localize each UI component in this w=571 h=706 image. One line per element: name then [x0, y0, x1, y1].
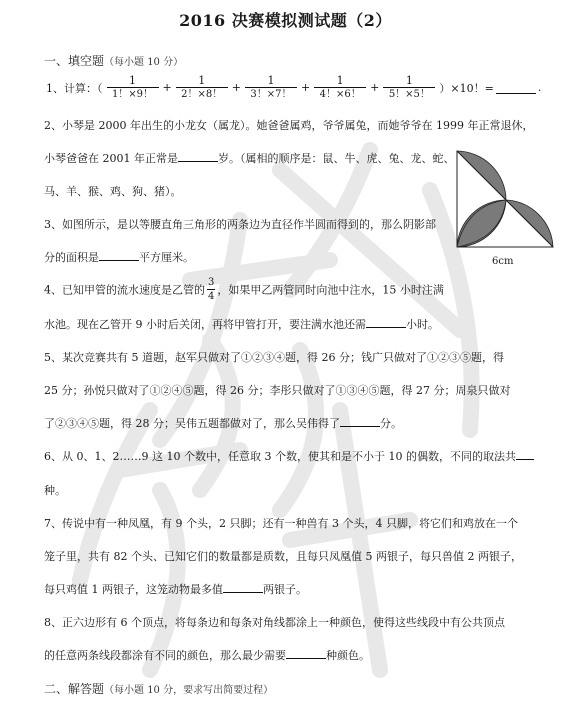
question-6-line-1: 6、从 0、1、2……9 这 10 个数中，任意取 3 个数，使其和是不小于 1… — [44, 448, 534, 464]
fraction-2: 12！×8！ — [176, 74, 228, 101]
answer-blank — [99, 249, 139, 261]
plus-sign: + — [301, 81, 310, 94]
text: 的任意两条线段都涂有不同的颜色，那么最少需要 — [44, 649, 286, 662]
section-title: 二、解答题 — [44, 682, 104, 696]
text: 两银子。 — [263, 583, 307, 596]
text: 水池。现在乙管开 9 小时后关闭，再将甲管打开，要注满水池还需 — [44, 318, 366, 331]
geometry-figure — [455, 149, 555, 249]
answer-blank — [223, 581, 263, 593]
plus-sign: + — [163, 81, 172, 94]
question-2-line-3: 马、羊、猴、鸡、狗、猪）。 — [44, 183, 182, 199]
fraction-1: 11！×9！ — [107, 74, 159, 101]
question-4-line-1: 4、已知甲管的流水速度是乙管的34，如果甲乙两管同时向池中注水，15 小时注满 — [44, 276, 444, 303]
text: 小琴爸爸在 2001 年正常是 — [44, 152, 178, 165]
question-3-line-2: 分的面积是平方厘米。 — [44, 249, 194, 265]
question-6-line-2: 种。 — [44, 482, 66, 498]
text: 分的面积是 — [44, 251, 99, 264]
question-4-line-2: 水池。现在乙管开 9 小时后关闭，再将甲管打开，要注满水池还需小时。 — [44, 316, 439, 332]
question-1: 1、计算：（11！×9！+12！×8！+13！×7！+14！×6！+15！×5！… — [44, 74, 543, 101]
answer-blank — [516, 448, 534, 460]
question-2-line-2: 小琴爸爸在 2001 年正常是岁。（属相的顺序是：鼠、牛、虎、兔、龙、蛇、 — [44, 150, 455, 166]
section-heading-fill-in: 一、填空题（每小题 10 分） — [44, 52, 183, 69]
question-8-line-1: 8、正六边形有 6 个顶点，将每条边和每条对角线都涂上一种颜色，使得这些线段中有… — [44, 614, 505, 630]
text: ，如果甲乙两管同时向池中注水，15 小时注满 — [217, 284, 444, 297]
text: 4、已知甲管的流水速度是乙管的 — [44, 284, 205, 297]
question-5-line-1: 5、某次竞赛共有 5 道题，赵军只做对了①②③④题，得 26 分；钱广只做对了①… — [44, 349, 504, 365]
question-7-line-2: 笼子里，共有 82 个头、已知它们的数量都是质数，且每只凤凰值 5 两银子，每只… — [44, 548, 522, 564]
text: 了②③④⑤题，得 28 分；吴伟五题都做对了，那么吴伟得了 — [44, 417, 340, 430]
question-3-line-1: 3、如图所示，是以等腰直角三角形的两条边为直径作半圆而得到的，那么阴影部 — [44, 216, 436, 232]
question-5-line-3: 了②③④⑤题，得 28 分；吴伟五题都做对了，那么吴伟得了分。 — [44, 415, 402, 431]
figure-label: 6cm — [492, 256, 513, 267]
answer-blank — [340, 415, 380, 427]
text: 6、从 0、1、2……9 这 10 个数中，任意取 3 个数，使其和是不小于 1… — [44, 450, 516, 463]
fraction-three-quarters: 34 — [207, 276, 215, 303]
page-title: 2016 决赛模拟测试题（2） — [0, 8, 571, 31]
text: 平方厘米。 — [139, 251, 194, 264]
question-7-line-3: 每只鸡值 1 两银子，这笼动物最多值两银子。 — [44, 581, 307, 597]
question-1-prefix: 1、计算：（ — [46, 80, 103, 96]
plus-sign: + — [370, 81, 379, 94]
text: 分。 — [380, 417, 402, 430]
section-note: （每小题 10 分，要求写出简要过程） — [104, 685, 273, 696]
fraction-4: 14！×6！ — [314, 74, 366, 101]
text: 岁。（属相的顺序是：鼠、牛、虎、兔、龙、蛇、 — [218, 152, 455, 165]
text: 每只鸡值 1 两银子，这笼动物最多值 — [44, 583, 223, 596]
question-7-line-1: 7、传说中有一种凤凰，有 9 个头，2 只脚；还有一种兽有 3 个头，4 只脚，… — [44, 515, 518, 531]
answer-blank — [496, 82, 536, 94]
answer-blank — [366, 316, 406, 328]
fraction-5: 15！×5！ — [383, 74, 435, 101]
section-note: （每小题 10 分） — [104, 57, 183, 68]
text: 种颜色。 — [326, 649, 370, 662]
question-5-line-2: 25 分；孙悦只做对了①②④⑤题，得 26 分；李彤只做对了①③④⑤题，得 27… — [44, 382, 510, 398]
question-2-line-1: 2、小琴是 2000 年出生的小龙女（属龙）。她爸爸属鸡，爷爷属兔，而她爷爷在 … — [44, 117, 533, 133]
answer-blank — [178, 150, 218, 162]
answer-blank — [286, 647, 326, 659]
text: 小时。 — [406, 318, 439, 331]
plus-sign: + — [232, 81, 241, 94]
fraction-3: 13！×7！ — [245, 74, 297, 101]
section-heading-solutions: 二、解答题（每小题 10 分，要求写出简要过程） — [44, 680, 273, 697]
section-title: 一、填空题 — [44, 54, 104, 68]
question-8-line-2: 的任意两条线段都涂有不同的颜色，那么最少需要种颜色。 — [44, 647, 370, 663]
question-1-suffix: ）×10！= — [439, 80, 493, 96]
period: . — [538, 81, 542, 94]
